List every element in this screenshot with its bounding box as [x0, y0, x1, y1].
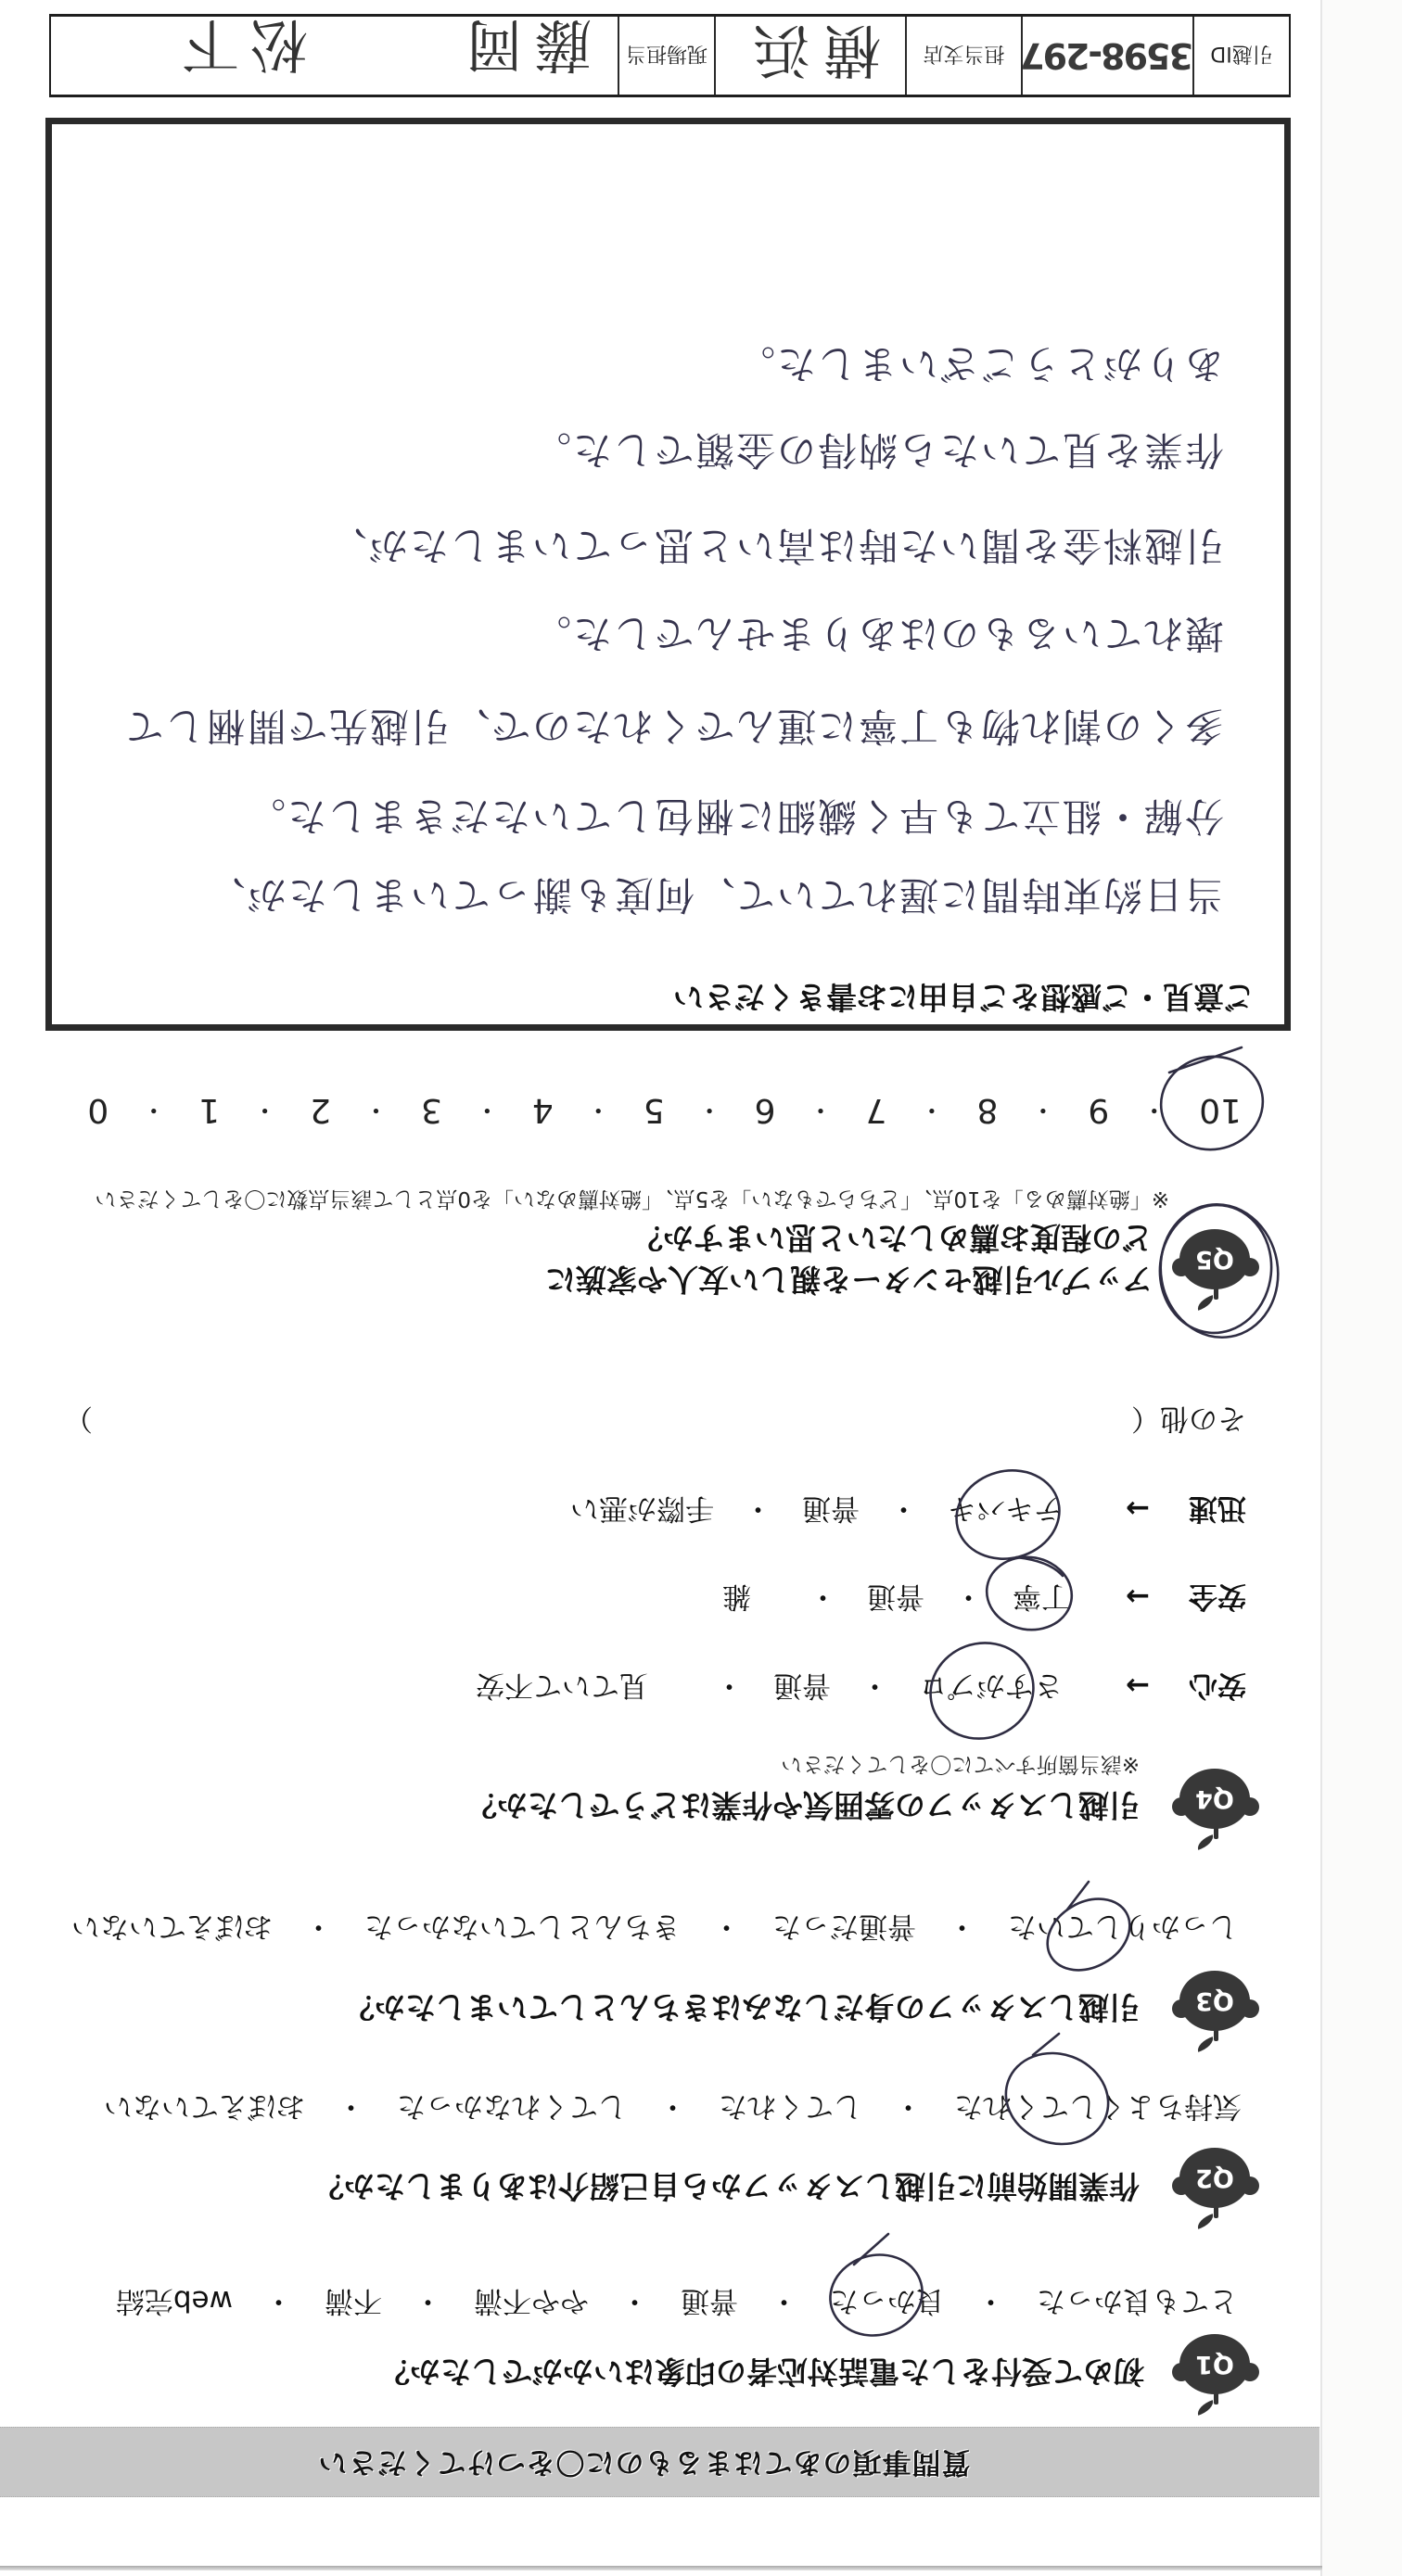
- question-text-q2: 作業開始前に引越しスタッフから自己紹介はありましたか？: [313, 2170, 1140, 2202]
- row-label: 安全: [1189, 1581, 1246, 1611]
- site-staff-names-cell: 藤岡 松下: [51, 17, 618, 95]
- branch-value-cell: 横浜: [714, 17, 905, 95]
- separator: ・: [681, 1911, 772, 1941]
- separator: ・: [273, 1911, 364, 1941]
- option: きちんとしていなかった: [364, 1911, 681, 1941]
- question-text-q5-line1: アップル引越センターを親しい友人や家族に: [545, 1263, 1153, 1295]
- handwritten-comment-line: 作業を見ていたら納得の金額でした。: [530, 429, 1224, 470]
- option-selected: 良かった: [830, 2286, 945, 2316]
- q4-row-safety: 安全 → 丁寧 ・ 普通 ・ 雑: [722, 1581, 1246, 1611]
- option: とても良かった: [1037, 2286, 1238, 2316]
- scale-value: 1: [198, 1091, 220, 1128]
- separator: ・: [233, 2286, 325, 2316]
- separator: ・: [589, 2286, 681, 2316]
- scale-value: 9: [1088, 1091, 1109, 1128]
- leaf-icon: [1195, 1295, 1216, 1311]
- branch-label-cell: 担当支店: [905, 17, 1021, 95]
- scale-value: 8: [976, 1091, 998, 1128]
- question-text-q3: 引越しスタッフの身だしなみはきちんとしていましたか？: [344, 1991, 1140, 2023]
- question-text-q5-line2: どの程度お薦めしたいと思いますか？: [632, 1222, 1153, 1253]
- separator: ・: [252, 1091, 278, 1128]
- scale-value: 3: [421, 1091, 442, 1128]
- scale-value: 6: [755, 1091, 776, 1128]
- move-id-value-cell: 3598-297: [1021, 17, 1192, 95]
- option: やや不満: [474, 2286, 589, 2316]
- handwritten-comment-line: 引越料金を聞いた時は高いと思っていましたが、: [326, 525, 1224, 565]
- separator: ・: [141, 1091, 167, 1128]
- separator: ・: [945, 2286, 1037, 2316]
- answer-options-q2: 気持ちよくしてくれた ・ してくれた ・ してくれなかった ・ おぼえていない: [104, 2091, 1242, 2121]
- option: 不満: [325, 2286, 382, 2316]
- question-note-q5: ※「絶対薦める」を10点、「どちらでもない」を5点、「絶対薦めない」を0点として…: [95, 1187, 1169, 1210]
- separator: ・: [924, 1581, 1013, 1611]
- site-staff-label: 現場担当: [626, 42, 707, 70]
- branch-label: 担当支店: [924, 42, 1005, 70]
- scale-value-selected: 10: [1199, 1091, 1242, 1128]
- survey-form-page: 質問事項のあてはまるものに〇をつけてください Q1 初めて受付をした電話対応者の…: [0, 0, 1402, 2576]
- separator: ・: [738, 2286, 830, 2316]
- separator: ・: [714, 1493, 802, 1523]
- scale-value: 0: [87, 1091, 108, 1128]
- answer-options-q1: とても良かった ・ 良かった ・ 普通 ・ やや不満 ・ 不満 ・ web完結: [116, 2286, 1238, 2316]
- question-note-q4: ※該当箇所すべてに〇をしてください: [781, 1753, 1140, 1775]
- paper-edge-vertical: [1320, 0, 1322, 2576]
- handwritten-comment-line: 当日約束時間に遅れていて、何度も謝っていましたが、: [205, 874, 1224, 915]
- question-number: Q1: [1179, 2334, 1250, 2394]
- question-text-q4: 引越しスタッフの雰囲気や作業はどうでしたか？: [466, 1789, 1140, 1821]
- branch-value: 横浜: [740, 15, 881, 97]
- option-selected: 気持ちよくしてくれた: [954, 2091, 1242, 2121]
- comment-box-title: ご意見・ご感想をご自由にお書きください: [673, 980, 1255, 1013]
- question-badge-q1: Q1: [1170, 2333, 1263, 2413]
- separator: ・: [627, 2091, 719, 2121]
- comment-box: ご意見・ご感想をご自由にお書きください 当日約束時間に遅れていて、何度も謝ってい…: [45, 118, 1291, 1031]
- option-selected: しっかりしていた: [1008, 1911, 1238, 1941]
- question-badge-q5: Q5: [1170, 1228, 1263, 1308]
- separator: ・: [862, 2091, 954, 2121]
- leaf-icon: [1195, 2214, 1216, 2229]
- separator: ・: [808, 1091, 834, 1128]
- answer-options-q3: しっかりしていた ・ 普通だった ・ きちんとしていなかった ・ おぼえていない: [71, 1911, 1238, 1941]
- staff-name: 松下: [171, 8, 308, 91]
- option: してくれなかった: [397, 2091, 627, 2121]
- arrow-right-icon: →: [1126, 1581, 1150, 1611]
- question-badge-q4: Q4: [1170, 1768, 1263, 1847]
- question-number: Q2: [1179, 2148, 1250, 2208]
- option: おぼえていない: [104, 2091, 305, 2121]
- move-id-value: 3598-297: [1022, 35, 1193, 76]
- option-selected: さすがプロ: [919, 1670, 1063, 1700]
- q4-row-speed: 迅速 → テキパキ ・ 普通 ・ 手際が悪い: [570, 1493, 1246, 1523]
- option: 雑: [722, 1581, 751, 1611]
- option: 普通だった: [772, 1911, 916, 1941]
- row-label: 安心: [1189, 1670, 1246, 1700]
- scale-value: 2: [310, 1091, 331, 1128]
- option: 普通: [773, 1670, 831, 1700]
- recommendation-scale: 10 ・ 9 ・ 8 ・ 7 ・ 6 ・ 5 ・ 4 ・ 3 ・ 2 ・ 1 ・…: [87, 1091, 1242, 1128]
- separator: ・: [305, 2091, 397, 2121]
- row-label: 迅速: [1189, 1493, 1246, 1523]
- q4-row-peace-of-mind: 安心 → さすがプロ ・ 普通 ・ 見ていて不安: [476, 1670, 1246, 1700]
- handwritten-comment-line: 多くの割れ物も丁寧に運んでくれたので、引越先で開梱して: [123, 705, 1224, 746]
- separator: ・: [696, 1091, 722, 1128]
- instruction-banner: 質問事項のあてはまるものに〇をつけてください: [0, 2427, 1319, 2497]
- staff-name: 藤岡: [454, 8, 592, 91]
- separator: ・: [474, 1091, 500, 1128]
- question-number: Q3: [1179, 1971, 1250, 2031]
- move-id-label-cell: 引越ID: [1192, 17, 1289, 95]
- move-id-label: 引越ID: [1210, 42, 1272, 70]
- separator: ・: [382, 2286, 474, 2316]
- option-selected: テキパキ: [948, 1493, 1063, 1523]
- option: 手際が悪い: [570, 1493, 714, 1523]
- arrow-right-icon: →: [1126, 1670, 1150, 1700]
- option: 普通: [802, 1493, 860, 1523]
- separator: ・: [860, 1493, 948, 1523]
- handwritten-comment-line: 分解・組立ても早く繊細に梱包していただきました。: [245, 795, 1224, 836]
- paper-edge-horizontal: [0, 2566, 1322, 2570]
- leaf-icon: [1195, 2037, 1216, 2052]
- other-label: その他（: [1131, 1403, 1246, 1433]
- separator: ・: [363, 1091, 389, 1128]
- leaf-icon: [1195, 1834, 1216, 1850]
- arrow-right-icon: →: [1126, 1493, 1150, 1523]
- form-header-table: 引越ID 3598-297 担当支店 横浜 現場担当 藤岡 松下: [49, 14, 1291, 97]
- option: してくれた: [719, 2091, 862, 2121]
- question-badge-q2: Q2: [1170, 2147, 1263, 2227]
- question-text-q1: 初めて受付をした電話対応者の印象はいかがでしたか？: [379, 2355, 1144, 2387]
- instruction-text: 質問事項のあてはまるものに〇をつけてください: [318, 2445, 971, 2479]
- separator: ・: [585, 1091, 611, 1128]
- handwritten-comment-line: 壊れているものはありませんでした。: [530, 613, 1224, 654]
- site-staff-label-cell: 現場担当: [618, 17, 714, 95]
- option: 普通: [867, 1581, 924, 1611]
- option: 見ていて不安: [476, 1670, 648, 1700]
- scan-margin: [1322, 0, 1402, 2576]
- separator: ・: [919, 1091, 945, 1128]
- other-close-paren: ）: [64, 1403, 93, 1433]
- option: 普通: [681, 2286, 738, 2316]
- separator: ・: [1030, 1091, 1056, 1128]
- separator: ・: [779, 1581, 867, 1611]
- scale-value: 5: [644, 1091, 665, 1128]
- separator: ・: [1141, 1091, 1167, 1128]
- separator: ・: [916, 1911, 1008, 1941]
- scale-value: 7: [866, 1091, 887, 1128]
- leaf-icon: [1195, 2400, 1216, 2416]
- option: おぼえていない: [71, 1911, 273, 1941]
- option: web完結: [116, 2286, 233, 2316]
- separator: ・: [685, 1670, 773, 1700]
- handwritten-comment-line: ありがとうございました。: [734, 343, 1224, 384]
- question-number: Q4: [1179, 1769, 1250, 1829]
- separator: ・: [831, 1670, 919, 1700]
- option-selected: 丁寧: [1013, 1581, 1070, 1611]
- question-badge-q3: Q3: [1170, 1970, 1263, 2049]
- scale-value: 4: [532, 1091, 554, 1128]
- question-number: Q5: [1179, 1229, 1250, 1289]
- q4-row-other: その他（: [1131, 1403, 1246, 1433]
